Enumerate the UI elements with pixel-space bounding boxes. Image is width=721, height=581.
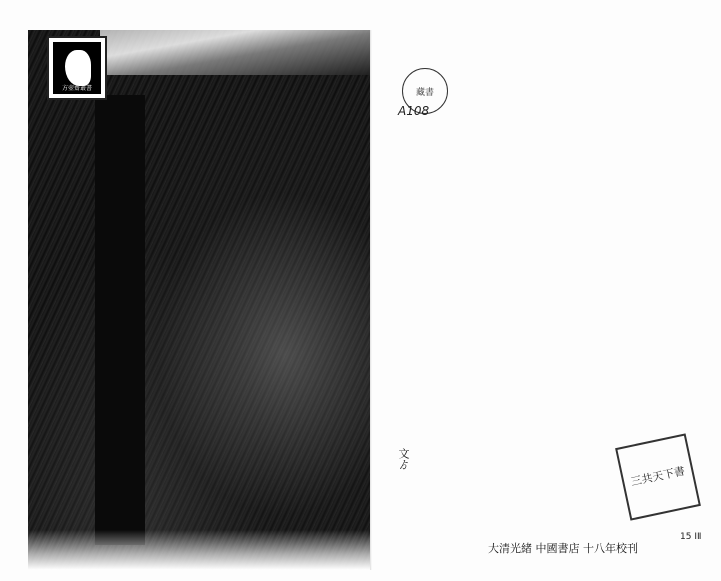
square-stamp: 三共天下書 bbox=[615, 433, 701, 520]
label-text: 方壺齋叢書 bbox=[53, 83, 101, 92]
cover-spine-strip bbox=[95, 95, 145, 545]
book-cover bbox=[28, 30, 370, 570]
label-portrait-frame: 方壺齋叢書 bbox=[53, 42, 101, 94]
handwritten-margin-note: 文ゟ bbox=[391, 448, 411, 470]
page-fold bbox=[370, 30, 372, 570]
cover-worn-edge-bottom bbox=[28, 530, 370, 570]
corner-note: 15 ⅠⅡ bbox=[680, 532, 701, 543]
call-number: A108 bbox=[398, 104, 429, 118]
portrait-silhouette-icon bbox=[65, 50, 91, 86]
imprint-line: 大清光緒 中國書店 十八年校刊 bbox=[488, 540, 638, 556]
cover-worn-edge-top bbox=[100, 30, 370, 75]
title-label: 方壺齋叢書 bbox=[47, 36, 107, 100]
scanned-page: 方壺齋叢書 藏書 A108 文ゟ 三共天下書 大清光緒 中國書店 十八年校刊 1… bbox=[0, 0, 721, 581]
